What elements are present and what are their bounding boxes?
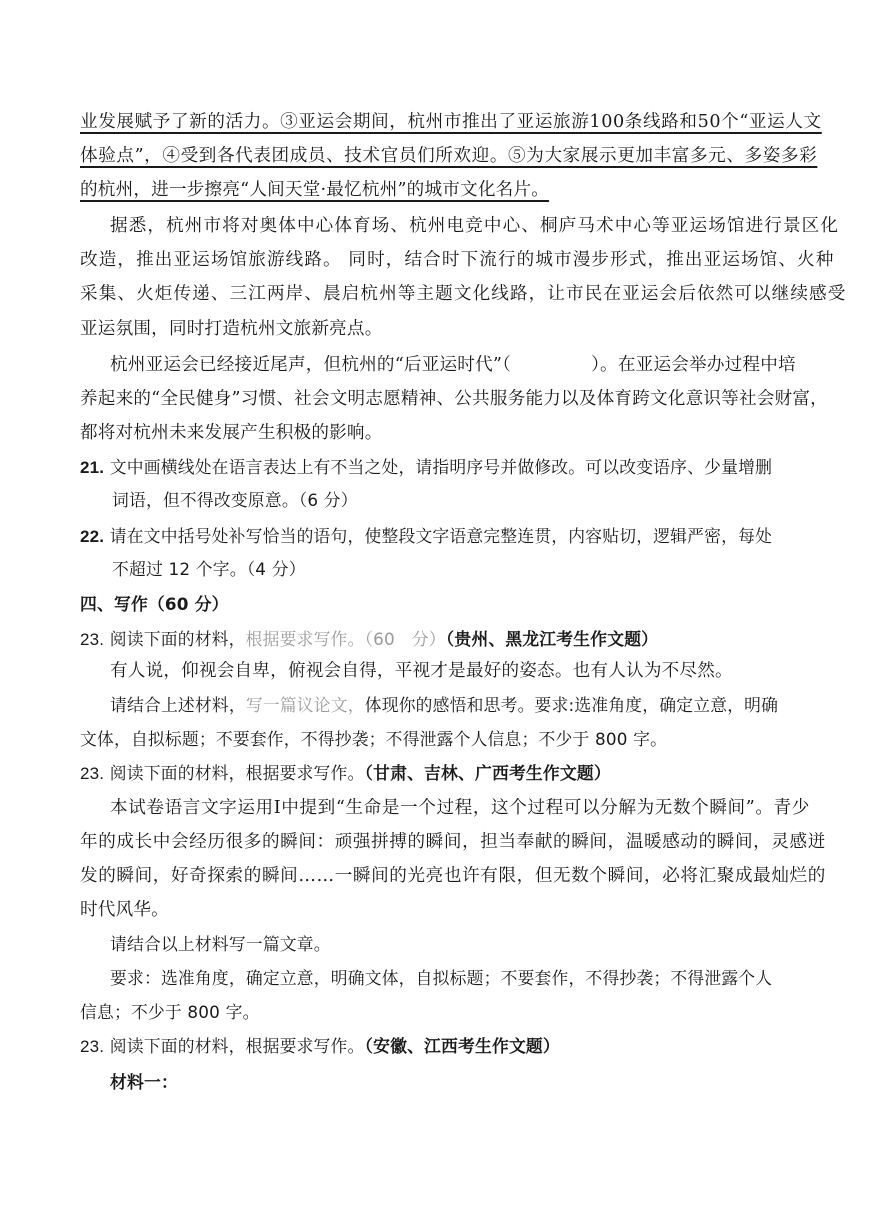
writing-prompt-b: 23. 阅读下面的材料，根据要求写作。（甘肃、吉林、广西考生作文题）	[80, 756, 795, 790]
requirement-text: 体现你的感悟和思考。要求:选准角度，确定立意，明确	[365, 695, 778, 715]
prompt-material: 时代风华。	[80, 893, 795, 927]
prompt-requirement-cont: 文体，自拟标题；不要套作，不得抄袭；不得泄露个人信息；不少于 800 字。	[80, 722, 795, 756]
prompt-material: 发的瞬间，好奇探索的瞬间……一瞬间的光亮也许有限，但无数个瞬间，必将汇聚成最灿烂…	[80, 859, 795, 893]
prompt-instruction: 请结合以上材料写一篇文章。	[110, 927, 795, 961]
underlined-sentence-line: 的杭州，进一步擦亮“人间天堂·最忆杭州”的城市文化名片。	[80, 173, 549, 207]
prompt-material: 年的成长中会经历很多的瞬间：顽强拼搏的瞬间，担当奉献的瞬间，温暖感动的瞬间，灵感…	[80, 825, 795, 859]
prompt-requirement-cont: 信息；不少于 800 字。	[80, 995, 795, 1029]
text-after-blank: ）。在亚运会举办过程中培	[591, 355, 796, 375]
prompt-intro-faint: 根据要求写作。（60 分）	[246, 629, 446, 649]
writing-prompt-c: 23. 阅读下面的材料，根据要求写作。（安徽、江西考生作文题）	[80, 1029, 795, 1063]
section-heading: 四、写作（60 分）	[80, 587, 795, 621]
text-before-blank: 杭州亚运会已经接近尾声，但杭州的“后亚运时代”（	[110, 355, 511, 375]
prompt-material: 本试卷语言文字运用Ⅰ中提到“生命是一个过程，这个过程可以分解为无数个瞬间”。青少	[110, 791, 795, 825]
material-label: 材料一：	[110, 1065, 795, 1099]
paragraph-line-with-blank: 杭州亚运会已经接近尾声，但杭州的“后亚运时代”（）。在亚运会举办过程中培	[110, 348, 795, 382]
prompt-requirement: 要求：选准角度，确定立意，明确文体，自拟标题；不要套作，不得抄袭；不得泄露个人	[110, 961, 795, 995]
question-number: 23.	[80, 764, 104, 783]
paragraph-line: 据悉，杭州市将对奥体中心体育场、杭州电竞中心、桐庐马术中心等亚运场馆进行景区化	[110, 209, 795, 243]
question-text-cont: 词语，但不得改变原意。（6 分）	[112, 483, 795, 517]
paragraph-line: 改造，推出亚运场馆旅游线路。 同时，结合时下流行的城市漫步形式，推出亚运场馆、火…	[80, 243, 795, 277]
prompt-material: 有人说，仰视会自卑，俯视会自得，平视才是最好的姿态。也有人认为不尽然。	[110, 654, 795, 688]
paragraph-line: 采集、火炬传递、三江两岸、晨启杭州等主题文化线路，让市民在亚运会后依然可以继续感…	[80, 277, 795, 311]
question-number: 23.	[80, 1037, 104, 1056]
question-number: 23.	[80, 630, 104, 649]
prompt-source: （贵州、黑龙江考生作文题）	[446, 629, 658, 649]
prompt-source: （安徽、江西考生作文题）	[365, 1036, 560, 1056]
question-number: 21.	[80, 458, 104, 477]
requirement-text: 请结合上述材料，	[110, 695, 246, 715]
question-text: 请在文中括号处补写恰当的语句，使整段文字语意完整连贯，内容贴切，逻辑严密，每处	[110, 526, 772, 546]
prompt-source: （甘肃、吉林、广西考生作文题）	[365, 763, 611, 783]
prompt-intro: 阅读下面的材料，	[110, 629, 246, 649]
paragraph-line: 亚运氛围，同时打造杭州文旅新亮点。	[80, 312, 795, 346]
prompt-intro: 阅读下面的材料，根据要求写作。	[110, 1036, 365, 1056]
question-number: 22.	[80, 527, 104, 546]
underlined-sentence-line: 体验点”，④受到各代表团成员、技术官员们所欢迎。⑤为大家展示更加丰富多元、多姿多…	[80, 139, 795, 173]
underlined-sentence-line: 业发展赋予了新的活力。③亚运会期间，杭州市推出了亚运旅游100条线路和50个“亚…	[80, 105, 795, 139]
prompt-intro: 阅读下面的材料，根据要求写作。	[110, 763, 365, 783]
paragraph-line: 都将对杭州未来发展产生积极的影响。	[80, 416, 795, 450]
writing-prompt-a: 23. 阅读下面的材料，根据要求写作。（60 分）（贵州、黑龙江考生作文题）	[80, 622, 795, 656]
paragraph-line: 养起来的“全民健身”习惯、社会文明志愿精神、公共服务能力以及体育跨文化意识等社会…	[80, 382, 795, 416]
requirement-text-faint: 写一篇议论文，	[246, 695, 365, 715]
prompt-requirement: 请结合上述材料，写一篇议论文，体现你的感悟和思考。要求:选准角度，确定立意，明确	[110, 688, 795, 722]
question-21: 21. 文中画横线处在语言表达上有不当之处，请指明序号并做修改。可以改变语序、少…	[80, 450, 795, 484]
question-text: 文中画横线处在语言表达上有不当之处，请指明序号并做修改。可以改变语序、少量增删	[110, 457, 772, 477]
question-22: 22. 请在文中括号处补写恰当的语句，使整段文字语意完整连贯，内容贴切，逻辑严密…	[80, 519, 795, 553]
question-text-cont: 不超过 12 个字。（4 分）	[112, 552, 795, 586]
